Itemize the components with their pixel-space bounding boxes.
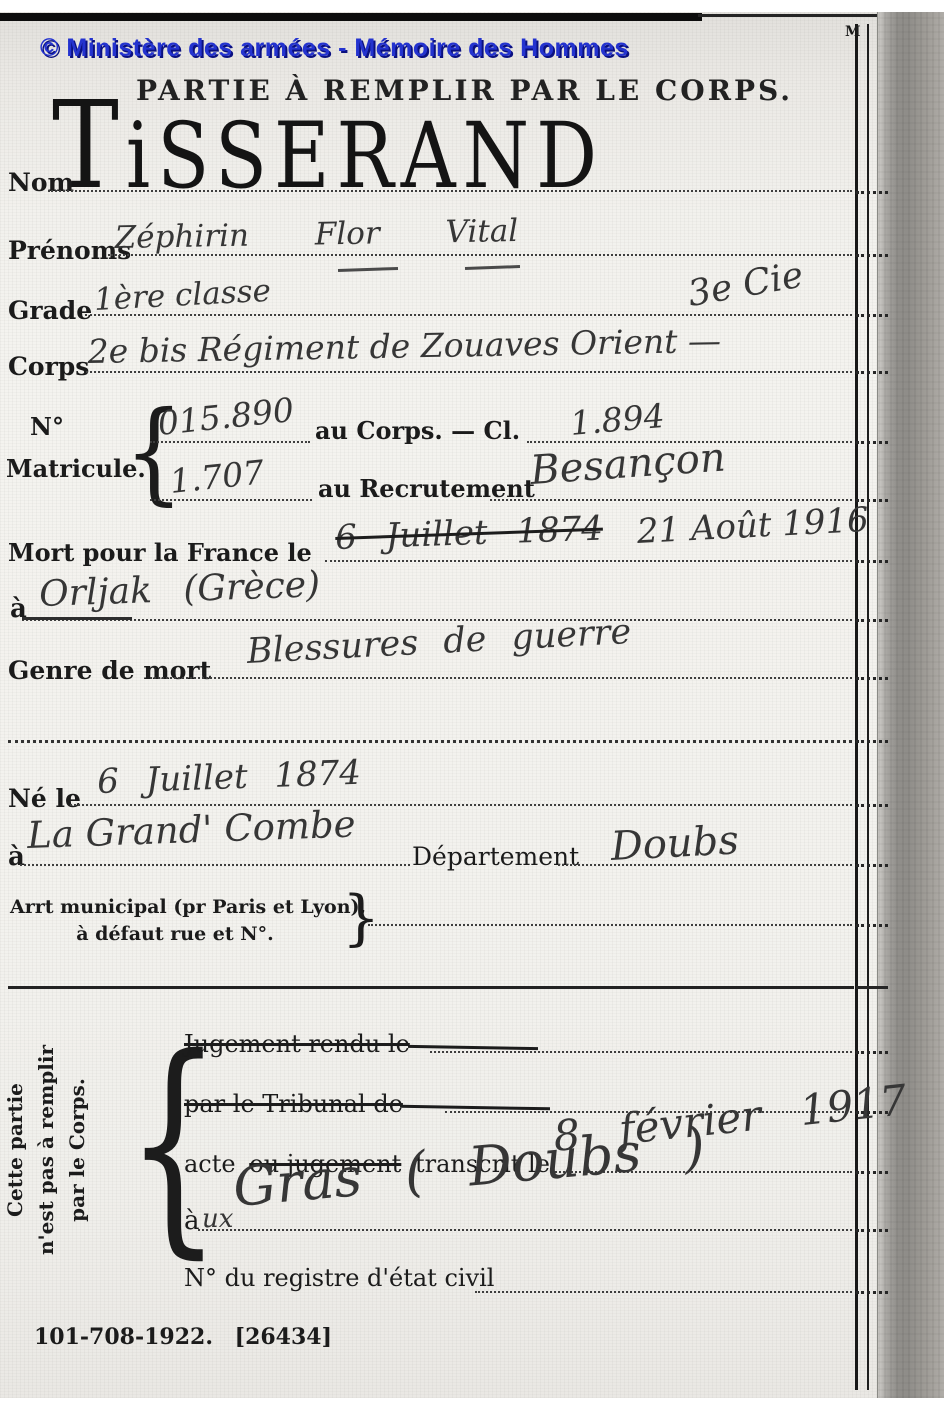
dotted-line-departement (558, 864, 852, 866)
registre-label: N° du registre d'état civil (184, 1264, 494, 1292)
acte-label-part1: acte (184, 1150, 236, 1178)
margin-line-stub (856, 677, 888, 680)
dotted-line-ne-lieu (20, 864, 410, 866)
dotted-separator (8, 740, 852, 743)
au-corps-label: au Corps. — Cl. (315, 416, 520, 445)
form-reference: 101-708-1922. [26434] (34, 1324, 332, 1350)
dotted-line-registre (475, 1291, 852, 1293)
marginal-note-line1: Cette partie (0, 1030, 31, 1270)
dotted-line-arrondissement (368, 924, 852, 926)
margin-line-stub (856, 804, 888, 807)
margin-line-stub (856, 924, 888, 927)
margin-line-stub (856, 314, 888, 317)
dotted-line-mort (325, 560, 852, 562)
classe-handwritten: 1.894 (569, 396, 667, 443)
jugement-rendu-label: Jugement rendu le (184, 1030, 410, 1058)
dotted-line-transcrit-lieu (198, 1229, 852, 1231)
dotted-line-matricule-corps (150, 441, 310, 443)
dotted-line-mort-lieu (22, 619, 852, 621)
dotted-line-corps (86, 371, 852, 373)
mort-label: Mort pour la France le (8, 538, 312, 567)
grade-label: Grade (8, 296, 92, 325)
marginal-note-line3: par le Corps. (62, 1030, 93, 1270)
book-edge-shading (877, 12, 944, 1398)
marginal-note-line2: n'est pas à remplir (31, 1030, 62, 1270)
transcrit-lieu-label: à (184, 1206, 200, 1236)
nom-label: Nom (8, 168, 74, 197)
margin-line-stub (856, 560, 888, 563)
margin-line-stub (856, 619, 888, 622)
ne-lieu-label: à (8, 842, 25, 872)
arrondissement-label-line2: à défaut rue et N°. (10, 923, 340, 945)
margin-line-stub (856, 499, 888, 502)
matricule-no-label: N° (30, 412, 64, 441)
margin-line-stub (856, 1171, 888, 1174)
scan-top-bar-thin (698, 14, 877, 17)
genre-mort-label: Genre de mort (8, 656, 211, 685)
marginal-note: Cette partie n'est pas à remplir par le … (0, 1030, 96, 1270)
tribunal-label: par le Tribunal de (184, 1090, 403, 1118)
margin-line-stub (856, 986, 888, 989)
nom-handwritten-value: TiSSERAND (52, 86, 604, 206)
departement-handwritten: Doubs (610, 817, 740, 870)
dotted-line-recrutement (490, 499, 852, 501)
margin-line-stub (856, 371, 888, 374)
section-rule (8, 986, 854, 989)
dotted-line-matricule-recrutement (150, 499, 312, 501)
dotted-line-grade (85, 314, 852, 316)
departement-label: Département (412, 842, 579, 871)
prenoms-label: Prénoms (8, 236, 131, 265)
margin-line-stub (856, 1111, 888, 1114)
edge-mark: M (845, 24, 861, 40)
arrondissement-brace: } (342, 888, 380, 948)
arrondissement-label-line1: Arrt municipal (pr Paris et Lyon), (10, 896, 340, 918)
dotted-line-nom (48, 190, 852, 192)
margin-line-stub (856, 1229, 888, 1232)
scanned-death-record-page: M © Ministère des armées - Mémoire des H… (0, 0, 944, 1417)
margin-line-stub (856, 191, 888, 194)
prenoms-handwritten-value: Zéphirin Flor Vital (114, 213, 518, 256)
dotted-line-ne-le (70, 804, 852, 806)
margin-line-stub (856, 254, 888, 257)
pen-underline (22, 617, 132, 620)
margin-line-stub (856, 864, 888, 867)
scan-top-bar (0, 13, 702, 21)
margin-line-stub (856, 1291, 888, 1294)
margin-line-stub (856, 740, 888, 743)
margin-line-stub (856, 1051, 888, 1054)
dotted-line-prenoms (108, 254, 852, 256)
ministry-watermark: © Ministère des armées - Mémoire des Hom… (40, 34, 629, 63)
dotted-line-jugement (430, 1051, 852, 1053)
corps-label: Corps (8, 352, 89, 381)
page-fold-rule (855, 24, 869, 1390)
ne-le-label: Né le (8, 784, 81, 813)
margin-line-stub (856, 441, 888, 444)
dotted-line-genre-mort (150, 677, 852, 679)
